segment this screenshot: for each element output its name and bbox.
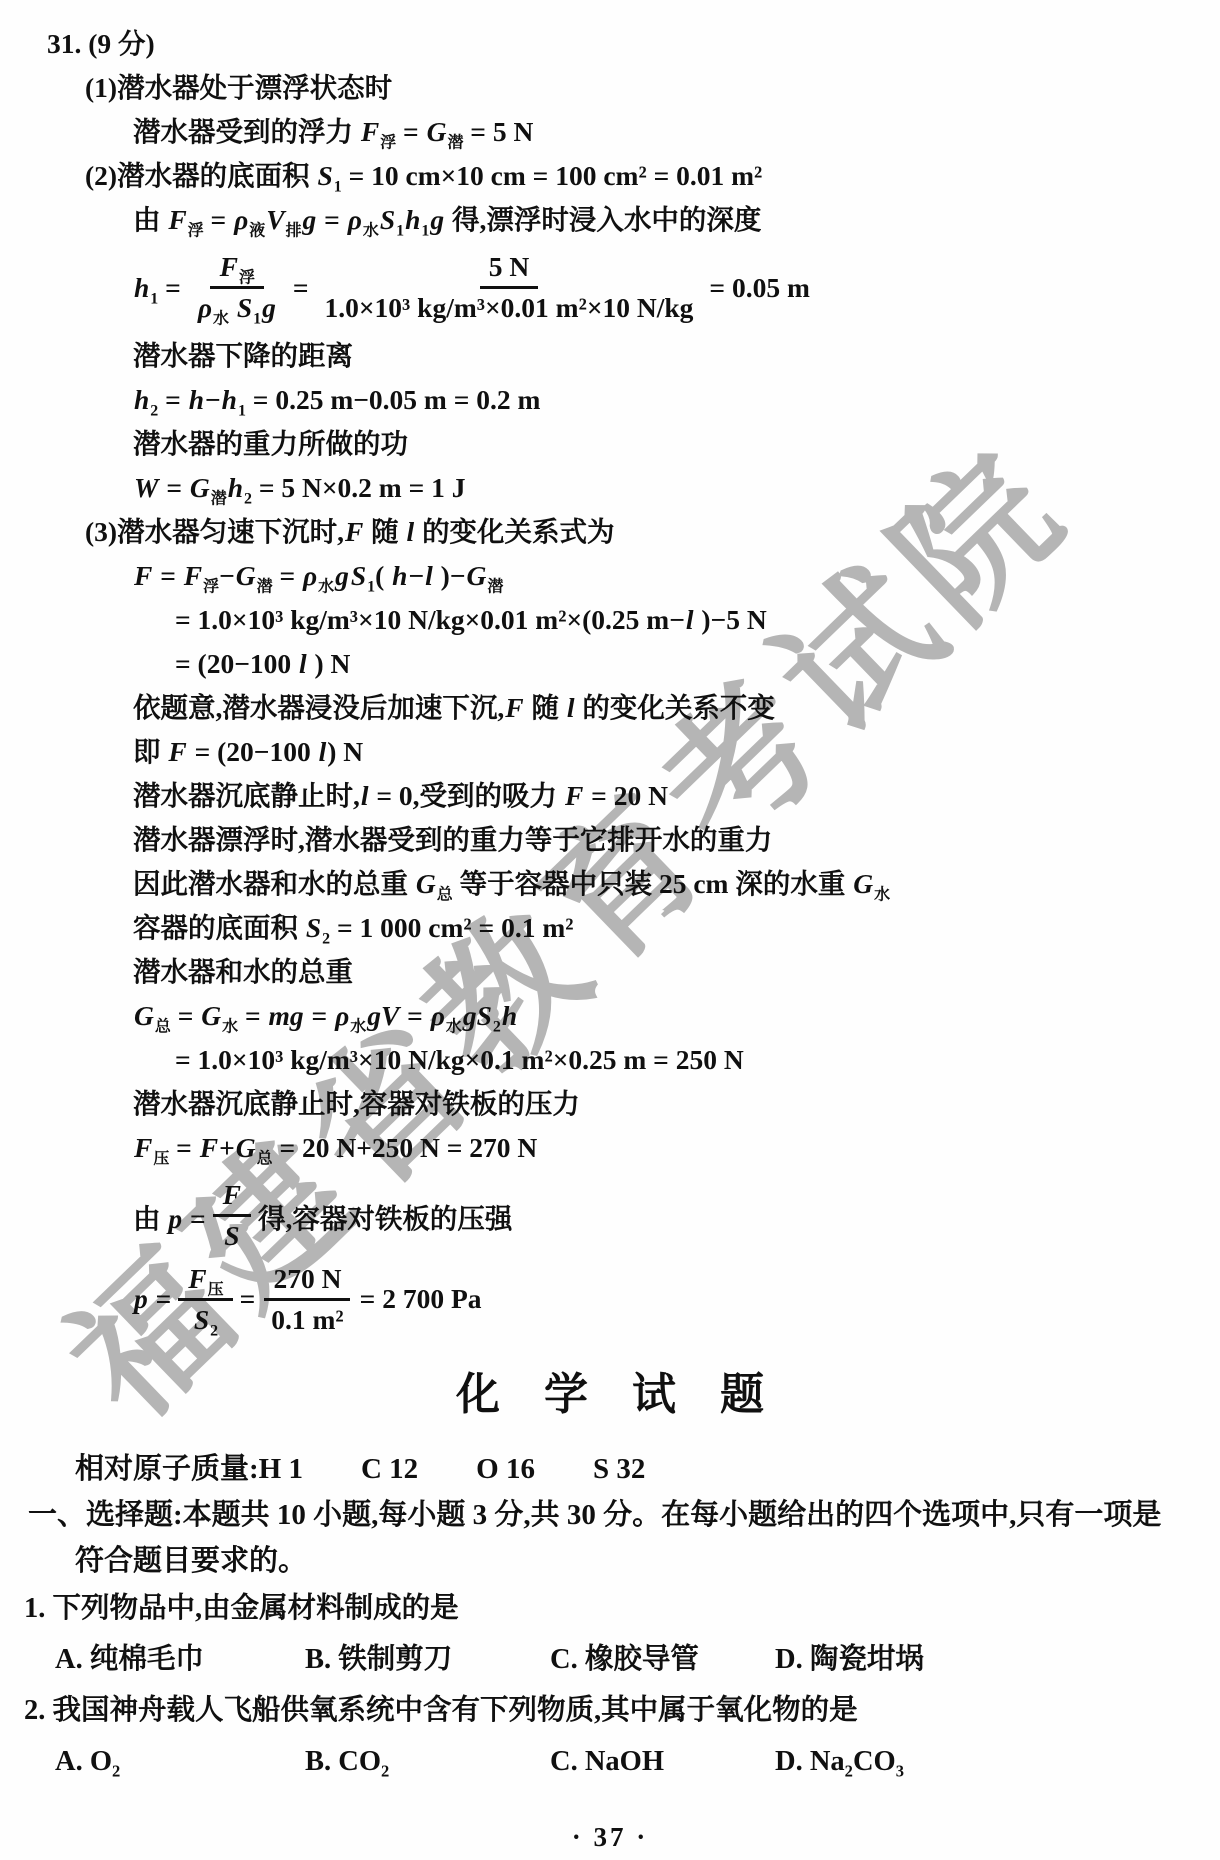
part3-line: F压 = F+G总 = 20 N+250 N = 270 N <box>0 1126 1220 1170</box>
part2-line: 潜水器的重力所做的功 <box>0 422 1220 466</box>
fraction-numerator: F浮 <box>210 250 264 289</box>
part3-line: = 1.0×10³ kg/m³×10 N/kg×0.01 m²×(0.25 m−… <box>0 598 1220 642</box>
part3-line: F = F浮−G潜 = ρ水gS1( h−l )−G潜 <box>0 554 1220 598</box>
part3-line: 潜水器沉底静止时,l = 0,受到的吸力 F = 20 N <box>0 774 1220 818</box>
option-c: C. NaOH <box>550 1736 775 1788</box>
part2-title: (2)潜水器的底面积 S1 = 10 cm×10 cm = 100 cm² = … <box>0 154 1220 198</box>
multiple-choice-instruction-line2: 符合题目要求的。 <box>0 1538 1220 1584</box>
part3-line: 潜水器漂浮时,潜水器受到的重力等于它排开水的重力 <box>0 818 1220 862</box>
fraction-denominator: ρ水 S1g <box>188 289 286 325</box>
fraction: F浮 ρ水 S1g <box>188 250 286 326</box>
part2-line: h2 = h−h1 = 0.25 m−0.05 m = 0.2 m <box>0 378 1220 422</box>
part3-line: 潜水器沉底静止时,容器对铁板的压力 <box>0 1082 1220 1126</box>
part3-line: = 1.0×10³ kg/m³×10 N/kg×0.1 m²×0.25 m = … <box>0 1038 1220 1082</box>
equation-pressure-formula: 由 p = F S 得,容器对铁板的压强 <box>0 1178 1220 1254</box>
chemistry-section-title: 化 学 试 题 <box>0 1371 1220 1419</box>
fraction-denominator: 1.0×10³ kg/m³×0.01 m²×10 N/kg <box>316 289 703 325</box>
fraction-denominator: S <box>214 1217 249 1253</box>
fraction-numerator: F压 <box>178 1262 232 1301</box>
question-2-stem: 2. 我国神舟载人飞船供氧系统中含有下列物质,其中属于氧化物的是 <box>0 1686 1220 1736</box>
part2-line: 由 F浮 = ρ液V排g = ρ水S1h1g 得,漂浮时浸入水中的深度 <box>0 198 1220 242</box>
fraction: F S <box>213 1178 251 1254</box>
equals-sign: = <box>240 1283 256 1315</box>
multiple-choice-instruction-line1: 一、选择题:本题共 10 小题,每小题 3 分,共 30 分。在每小题给出的四个… <box>0 1492 1220 1538</box>
page-content: 31. (9 分) (1)潜水器处于漂浮状态时 潜水器受到的浮力 F浮 = G潜… <box>0 0 1220 1853</box>
option-d: D. Na2CO3 <box>775 1736 904 1788</box>
part3-title: (3)潜水器匀速下沉时,F 随 l 的变化关系式为 <box>0 510 1220 554</box>
fraction-denominator: S2 <box>184 1301 227 1337</box>
question-2-options: A. O2 B. CO2 C. NaOH D. Na2CO3 <box>0 1736 1220 1788</box>
fraction-denominator: 0.1 m² <box>262 1301 352 1337</box>
part3-line: G总 = G水 = mg = ρ水gV = ρ水gS2h <box>0 994 1220 1038</box>
part3-line: 因此潜水器和水的总重 G总 等于容器中只装 25 cm 深的水重 G水 <box>0 862 1220 906</box>
question-number: 31. (9 分) <box>0 22 1220 66</box>
equation-lhs: h1 = <box>133 272 181 304</box>
relative-atomic-mass-line: 相对原子质量:H 1 C 12 O 16 S 32 <box>0 1446 1220 1492</box>
option-c: C. 橡胶导管 <box>550 1634 775 1686</box>
fraction-numerator: 270 N <box>264 1262 350 1301</box>
equation-lhs: 由 p = <box>133 1196 206 1236</box>
fraction: 5 N 1.0×10³ kg/m³×0.01 m²×10 N/kg <box>316 250 703 326</box>
equation-result: = 0.05 m <box>709 272 809 304</box>
fraction-numerator: 5 N <box>480 250 539 289</box>
question-1-options: A. 纯棉毛巾 B. 铁制剪刀 C. 橡胶导管 D. 陶瓷坩埚 <box>0 1634 1220 1686</box>
fraction: F压 S2 <box>178 1262 232 1338</box>
option-a: A. 纯棉毛巾 <box>55 1634 305 1686</box>
part3-line: 容器的底面积 S2 = 1 000 cm² = 0.1 m² <box>0 906 1220 950</box>
part2-line: 潜水器下降的距离 <box>0 334 1220 378</box>
part1-line: 潜水器受到的浮力 F浮 = G潜 = 5 N <box>0 110 1220 154</box>
equation-h1: h1 = F浮 ρ水 S1g = 5 N 1.0×10³ kg/m³×0.01 … <box>0 250 1220 326</box>
part2-line: W = G潜h2 = 5 N×0.2 m = 1 J <box>0 466 1220 510</box>
page-number: · 37 · <box>0 1822 1220 1853</box>
option-b: B. CO2 <box>305 1736 550 1788</box>
equation-pressure-result: p = F压 S2 = 270 N 0.1 m² = 2 700 Pa <box>0 1262 1220 1338</box>
option-b: B. 铁制剪刀 <box>305 1634 550 1686</box>
option-d: D. 陶瓷坩埚 <box>775 1634 924 1686</box>
part3-line: = (20−100 l ) N <box>0 642 1220 686</box>
part3-line: 潜水器和水的总重 <box>0 950 1220 994</box>
option-a: A. O2 <box>55 1736 305 1788</box>
part1-title: (1)潜水器处于漂浮状态时 <box>0 66 1220 110</box>
fraction: 270 N 0.1 m² <box>262 1262 352 1338</box>
fraction-numerator: F <box>213 1178 251 1217</box>
equals-sign: = <box>293 272 309 304</box>
equation-lhs: p = <box>133 1283 171 1315</box>
question-1-stem: 1. 下列物品中,由金属材料制成的是 <box>0 1584 1220 1634</box>
part3-line: 依题意,潜水器浸没后加速下沉,F 随 l 的变化关系不变 <box>0 686 1220 730</box>
equation-rhs: 得,容器对铁板的压强 <box>258 1196 512 1236</box>
part3-line: 即 F = (20−100 l) N <box>0 730 1220 774</box>
equation-result: = 2 700 Pa <box>360 1283 482 1315</box>
